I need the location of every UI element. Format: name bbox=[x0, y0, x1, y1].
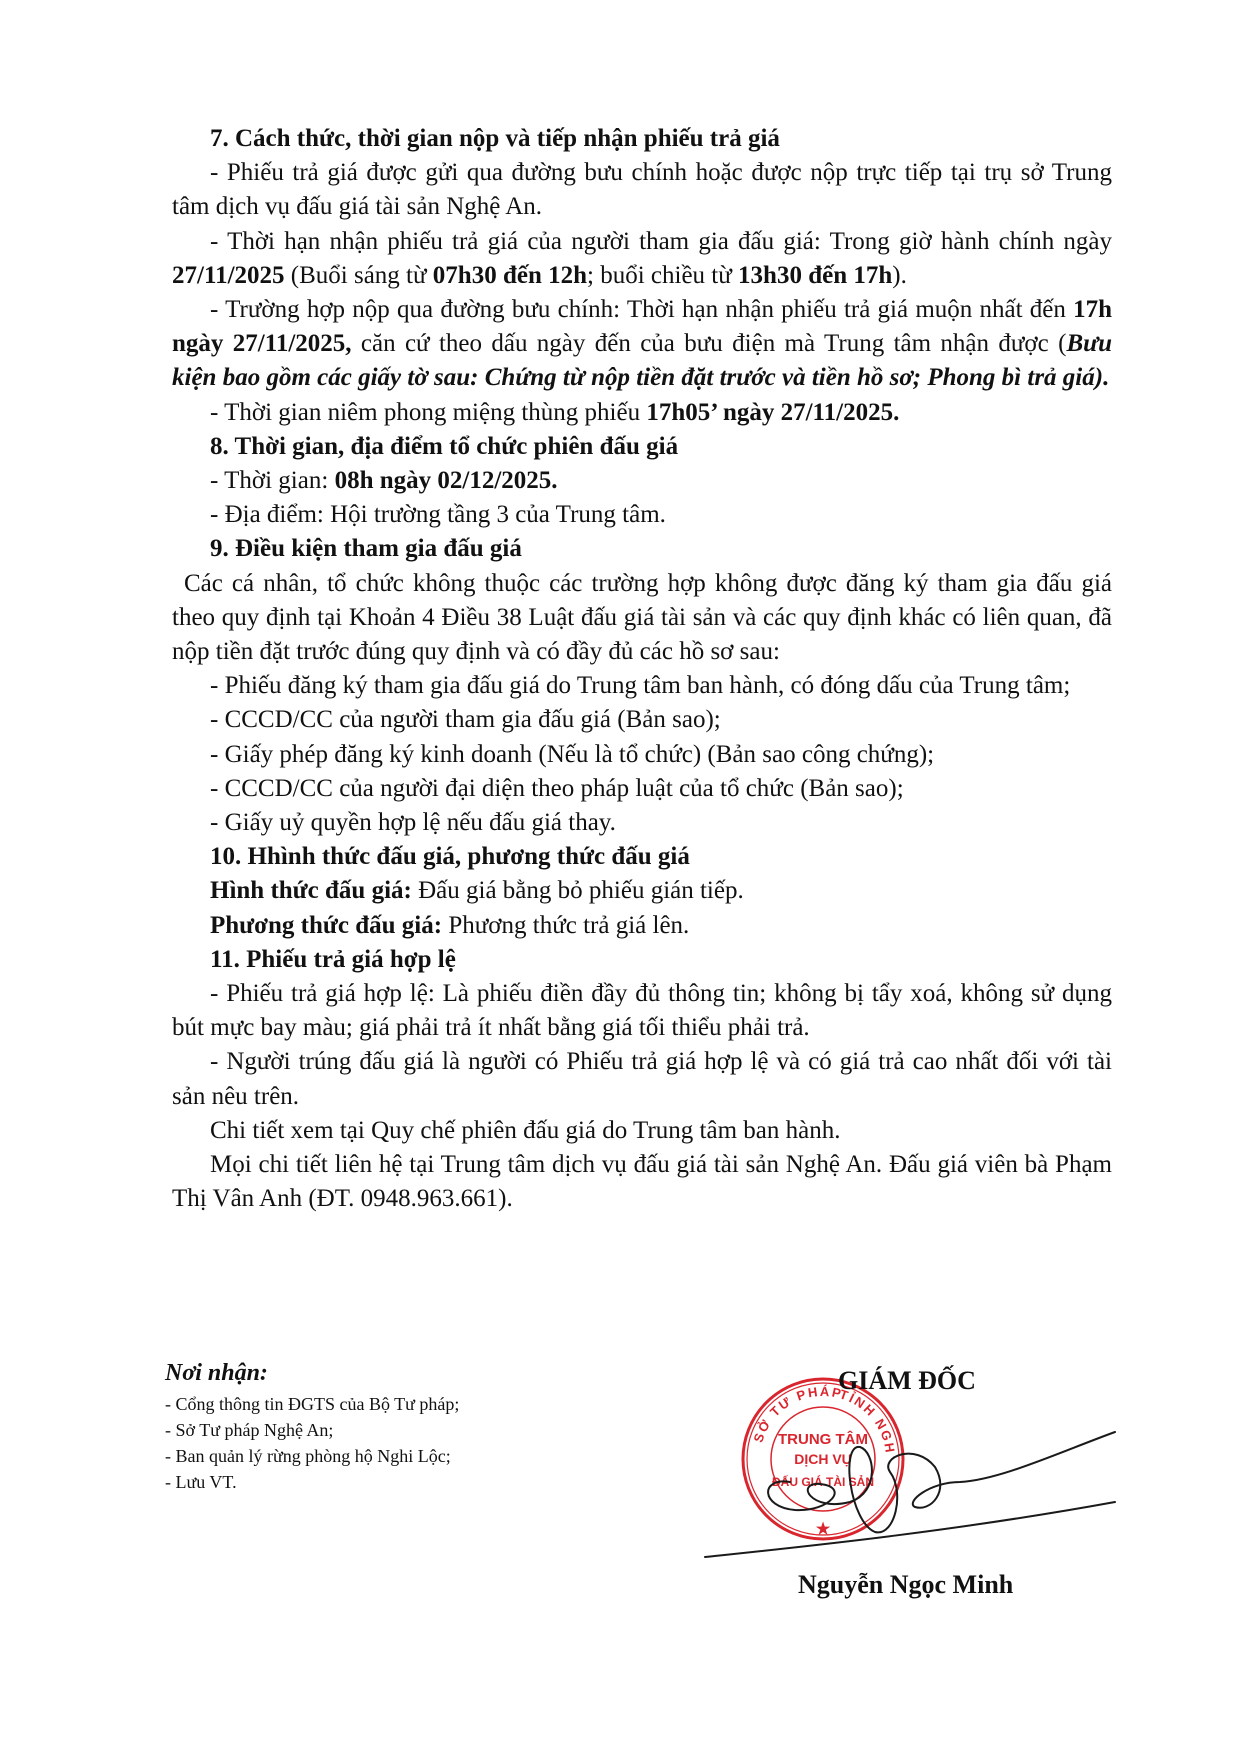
recipient-item: - Lưu VT. bbox=[165, 1469, 459, 1495]
document-footer: Nơi nhận: - Cổng thông tin ĐGTS của Bộ T… bbox=[0, 1352, 1236, 1652]
section-10-method: Phương thức đấu giá: Phương thức trả giá… bbox=[172, 909, 1112, 943]
signer-name: Nguyễn Ngọc Minh bbox=[798, 1570, 1013, 1600]
signer-role: GIÁM ĐỐC bbox=[838, 1366, 976, 1396]
section-11-para-2: - Người trúng đấu giá là người có Phiếu … bbox=[172, 1045, 1112, 1113]
section-7-para-3: - Trường hợp nộp qua đường bưu chính: Th… bbox=[172, 293, 1112, 396]
section-7-para-2: - Thời hạn nhận phiếu trả giá của người … bbox=[172, 225, 1112, 293]
section-11-heading: 11. Phiếu trả giá hợp lệ bbox=[172, 943, 1112, 977]
section-9-heading: 9. Điều kiện tham gia đấu giá bbox=[172, 532, 1112, 566]
section-9-intro: Các cá nhân, tổ chức không thuộc các trư… bbox=[172, 567, 1112, 670]
recipients-block: Nơi nhận: - Cổng thông tin ĐGTS của Bộ T… bbox=[165, 1360, 459, 1495]
recipients-title: Nơi nhận: bbox=[165, 1360, 459, 1387]
section-10-heading: 10. Hhình thức đấu giá, phương thức đấu … bbox=[172, 840, 1112, 874]
section-11-para-3: Chi tiết xem tại Quy chế phiên đấu giá d… bbox=[172, 1114, 1112, 1148]
recipient-item: - Cổng thông tin ĐGTS của Bộ Tư pháp; bbox=[165, 1391, 459, 1417]
section-9-item: - Giấy uỷ quyền hợp lệ nếu đấu giá thay. bbox=[172, 806, 1112, 840]
section-9-item: - Giấy phép đăng ký kinh doanh (Nếu là t… bbox=[172, 738, 1112, 772]
section-8-place: - Địa điểm: Hội trường tầng 3 của Trung … bbox=[172, 498, 1112, 532]
section-8-time: - Thời gian: 08h ngày 02/12/2025. bbox=[172, 464, 1112, 498]
section-7-para-4: - Thời gian niêm phong miệng thùng phiếu… bbox=[172, 396, 1112, 430]
section-9-item: - Phiếu đăng ký tham gia đấu giá do Trun… bbox=[172, 669, 1112, 703]
section-11-para-1: - Phiếu trả giá hợp lệ: Là phiếu điền đầ… bbox=[172, 977, 1112, 1045]
section-11-para-4: Mọi chi tiết liên hệ tại Trung tâm dịch … bbox=[172, 1148, 1112, 1216]
section-10-form: Hình thức đấu giá: Đấu giá bằng bỏ phiếu… bbox=[172, 874, 1112, 908]
signature-block: GIÁM ĐỐC SỞ TƯ PHÁP TỈNH NGHỆ AN TRUNG T… bbox=[700, 1352, 1120, 1652]
section-7-heading: 7. Cách thức, thời gian nộp và tiếp nhận… bbox=[172, 122, 1112, 156]
recipient-item: - Sở Tư pháp Nghệ An; bbox=[165, 1417, 459, 1443]
document-body: 7. Cách thức, thời gian nộp và tiếp nhận… bbox=[172, 122, 1112, 1217]
section-9-item: - CCCD/CC của người đại diện theo pháp l… bbox=[172, 772, 1112, 806]
section-7-para-1: - Phiếu trả giá được gửi qua đường bưu c… bbox=[172, 156, 1112, 224]
recipient-item: - Ban quản lý rừng phòng hộ Nghi Lộc; bbox=[165, 1443, 459, 1469]
section-9-item: - CCCD/CC của người tham gia đấu giá (Bả… bbox=[172, 703, 1112, 737]
handwritten-signature-icon bbox=[700, 1372, 1120, 1572]
section-8-heading: 8. Thời gian, địa điểm tổ chức phiên đấu… bbox=[172, 430, 1112, 464]
